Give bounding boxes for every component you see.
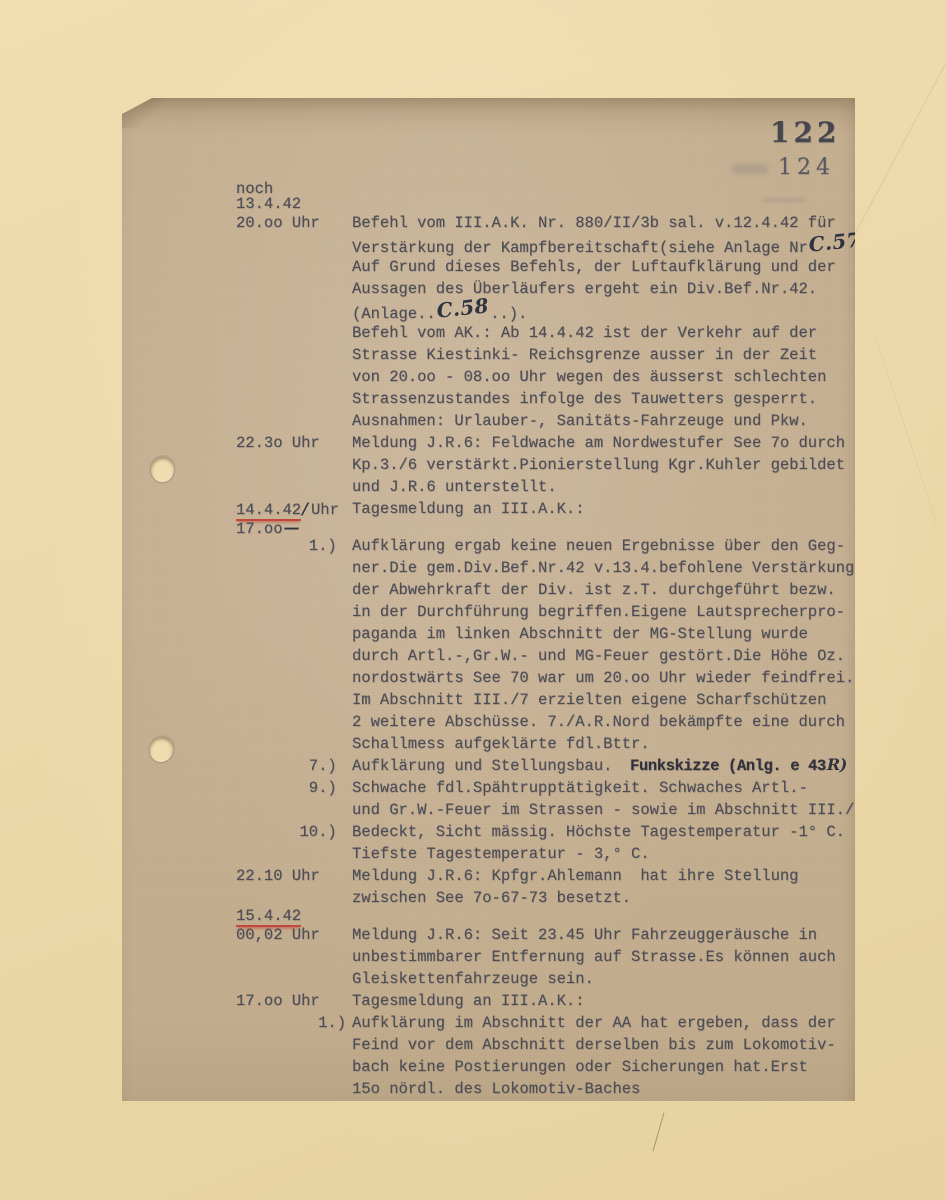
typewritten-text: unbestimmbarer Entfernung auf Strasse.Es…	[352, 946, 836, 968]
document-line: 22.3o UhrMeldung J.R.6: Feldwache am Nor…	[122, 432, 855, 454]
document-page: 122 124 noch13.4.4220.oo UhrBefehl vom I…	[122, 98, 855, 1101]
time-text: 13.4.42	[236, 195, 301, 213]
time-label: 13.4.42	[236, 197, 301, 212]
document-line: Auf Grund dieses Befehls, der Luftaufklä…	[122, 256, 855, 278]
time-text: 22.3o Uhr	[236, 434, 320, 452]
typewritten-text: zwischen See 7o-67-73 besetzt.	[352, 887, 631, 909]
typed-segment: Verstärkung der Kampfbereitschaft(siehe …	[352, 239, 808, 257]
document-line: der Abwehrkraft der Div. ist z.T. durchg…	[122, 579, 855, 601]
document-line: 15.4.42	[122, 909, 855, 924]
typed-segment: bach keine Postierungen oder Sicherungen…	[352, 1058, 808, 1076]
typed-segment: Feind vor dem Abschnitt derselben bis zu…	[352, 1036, 836, 1054]
item-number: 1.)	[284, 535, 346, 557]
typed-segment: Aussagen des Überläufers ergeht ein Div.…	[352, 280, 817, 298]
typewritten-text: Aufklärung im Abschnitt der AA hat ergeb…	[352, 1012, 836, 1034]
document-line: 1.) Aufklärung ergab keine neuen Ergebni…	[122, 535, 855, 557]
typewritten-text: Meldung J.R.6: Kpfgr.Ahlemann hat ihre S…	[352, 865, 798, 887]
document-line: Feind vor dem Abschnitt derselben bis zu…	[122, 1034, 855, 1056]
typed-segment: Bedeckt, Sicht mässig. Höchste Tagestemp…	[352, 823, 845, 841]
page-number-stamp: 122	[770, 116, 840, 149]
typewritten-text: Strassenzustandes infolge des Tauwetters…	[352, 388, 817, 410]
document-line: 1.)Aufklärung im Abschnitt der AA hat er…	[122, 1012, 855, 1034]
typed-segment: Ausnahmen: Urlauber-, Sanitäts-Fahrzeuge…	[352, 412, 808, 430]
document-line: 10.) Bedeckt, Sicht mässig. Höchste Tage…	[122, 821, 855, 843]
typewritten-text: und J.R.6 unterstellt.	[352, 476, 557, 498]
typed-segment: unbestimmbarer Entfernung auf Strasse.Es…	[352, 948, 836, 966]
typed-segment: nordostwärts See 70 war um 20.oo Uhr wie…	[352, 669, 854, 687]
time-label: 22.3o Uhr	[236, 432, 320, 454]
typed-segment: (Anlage..	[352, 305, 436, 323]
typewritten-text: Ausnahmen: Urlauber-, Sanitäts-Fahrzeuge…	[352, 410, 808, 432]
item-number: 9.)	[284, 777, 346, 799]
typewritten-text: Feind vor dem Abschnitt derselben bis zu…	[352, 1034, 836, 1056]
document-line: unbestimmbarer Entfernung auf Strasse.Es…	[122, 946, 855, 968]
paper-crease	[874, 335, 938, 526]
time-suffix: Uhr	[311, 501, 339, 519]
typed-segment: und J.R.6 unterstellt.	[352, 478, 557, 496]
item-number: 10.)	[284, 821, 346, 843]
typed-segment: Tagesmeldung an III.A.K.:	[352, 500, 585, 518]
typed-segment: und Gr.W.-Feuer im Strassen - sowie im A…	[352, 801, 864, 819]
typewritten-text: in der Durchführung begriffen.Eigene Lau…	[352, 601, 845, 623]
typewritten-text: und Gr.W.-Feuer im Strassen - sowie im A…	[352, 799, 864, 821]
typewritten-text: Kp.3./6 verstärkt.Pionierstellung Kgr.Ku…	[352, 454, 845, 476]
typewritten-text: der Abwehrkraft der Div. ist z.T. durchg…	[352, 579, 836, 601]
typewritten-text: paganda im linken Abschnitt der MG-Stell…	[352, 623, 808, 645]
typewritten-text: 15o nördl. des Lokomotiv-Baches	[352, 1078, 640, 1100]
typed-segment: Strassenzustandes infolge des Tauwetters…	[352, 390, 817, 408]
typed-segment: Meldung J.R.6: Seit 23.45 Uhr Fahrzeugge…	[352, 926, 817, 944]
typed-segment: Aufklärung im Abschnitt der AA hat ergeb…	[352, 1014, 836, 1032]
document-line: von 20.oo - 08.oo Uhr wegen des äusserst…	[122, 366, 855, 388]
typewritten-text: Tiefste Tagestemperatur - 3,° C.	[352, 843, 650, 865]
document-line: Im Abschnitt III./7 erzielten eigene Sch…	[122, 689, 855, 711]
typed-segment: 2 weitere Abschüsse. 7./A.R.Nord bekämpf…	[352, 713, 845, 731]
typed-segment: Gleiskettenfahrzeuge sein.	[352, 970, 594, 988]
document-line: Verstärkung der Kampfbereitschaft(siehe …	[122, 234, 855, 256]
document-line: 22.10 UhrMeldung J.R.6: Kpfgr.Ahlemann h…	[122, 865, 855, 887]
document-line: 00,02 UhrMeldung J.R.6: Seit 23.45 Uhr F…	[122, 924, 855, 946]
time-label: 15.4.42	[236, 909, 301, 924]
typed-segment: ner.Die gem.Div.Bef.Nr.42 v.13.4.befohle…	[352, 559, 854, 577]
typed-segment: Im Abschnitt III./7 erzielten eigene Sch…	[352, 691, 826, 709]
time-label: 20.oo Uhr	[236, 212, 320, 234]
time-label: 17.oo Uhr	[236, 990, 320, 1012]
typed-segment: Tiefste Tagestemperatur - 3,° C.	[352, 845, 650, 863]
typed-segment: Meldung J.R.6: Kpfgr.Ahlemann hat ihre S…	[352, 867, 798, 885]
document-line: in der Durchführung begriffen.Eigene Lau…	[122, 601, 855, 623]
typed-segment: durch Artl.-,Gr.W.- und MG-Feuer gestört…	[352, 647, 845, 665]
ink-smudge	[732, 164, 768, 174]
typed-segment: Auf Grund dieses Befehls, der Luftaufklä…	[352, 258, 836, 276]
typed-segment: Aufklärung ergab keine neuen Ergebnisse …	[352, 537, 845, 555]
document-line: 15o nördl. des Lokomotiv-Baches	[122, 1078, 855, 1100]
typewritten-text: bach keine Postierungen oder Sicherungen…	[352, 1056, 808, 1078]
typewritten-text: Gleiskettenfahrzeuge sein.	[352, 968, 594, 990]
typewritten-text: Aufklärung und Stellungsbau.	[352, 755, 612, 777]
document-line: zwischen See 7o-67-73 besetzt.	[122, 887, 855, 909]
document-line: Strasse Kiestinki- Reichsgrenze ausser i…	[122, 344, 855, 366]
typewritten-text: nordostwärts See 70 war um 20.oo Uhr wie…	[352, 667, 854, 689]
document-line: Schallmess aufgeklärte fdl.Bttr.	[122, 733, 855, 755]
document-line: 9.) Schwache fdl.Spähtrupptätigkeit. Sch…	[122, 777, 855, 799]
document-line: 20.oo UhrBefehl vom III.A.K. Nr. 880/II/…	[122, 212, 855, 234]
handwritten-annotation: C.58	[435, 294, 489, 321]
typed-segment: Meldung J.R.6: Feldwache am Nordwestufer…	[352, 434, 845, 452]
time-text: 00,02 Uhr	[236, 926, 320, 944]
time-label: 00,02 Uhr	[236, 924, 320, 946]
typed-segment: .)	[862, 239, 881, 257]
document-line: Tiefste Tagestemperatur - 3,° C.	[122, 843, 855, 865]
pencil-mark	[653, 1113, 665, 1152]
typed-segment: in der Durchführung begriffen.Eigene Lau…	[352, 603, 845, 621]
document-line: und Gr.W.-Feuer im Strassen - sowie im A…	[122, 799, 855, 821]
document-line: 14.4.42/UhrTagesmeldung an III.A.K.:	[122, 498, 855, 520]
typewritten-text: Schallmess aufgeklärte fdl.Bttr.	[352, 733, 650, 755]
document-line: durch Artl.-,Gr.W.- und MG-Feuer gestört…	[122, 645, 855, 667]
typewritten-text: 2 weitere Abschüsse. 7./A.R.Nord bekämpf…	[352, 711, 845, 733]
typewritten-text: Meldung J.R.6: Feldwache am Nordwestufer…	[352, 432, 845, 454]
typed-segment: Schallmess aufgeklärte fdl.Bttr.	[352, 735, 650, 753]
typewritten-text: Befehl vom III.A.K. Nr. 880/II/3b sal. v…	[352, 212, 836, 234]
document-line: ner.Die gem.Div.Bef.Nr.42 v.13.4.befohle…	[122, 557, 855, 579]
document-line: Befehl vom AK.: Ab 14.4.42 ist der Verke…	[122, 322, 855, 344]
time-text: 17.oo Uhr	[236, 992, 320, 1010]
typewritten-text: Meldung J.R.6: Seit 23.45 Uhr Fahrzeugge…	[352, 924, 817, 946]
handwritten-annotation: C.57	[807, 228, 861, 255]
typed-segment: Tagesmeldung an III.A.K.:	[352, 992, 585, 1010]
typewritten-text: Tagesmeldung an III.A.K.:	[352, 990, 585, 1012]
typed-segment-bold: Funkskizze (Anlg. e 43	[630, 757, 826, 775]
typewritten-text: Im Abschnitt III./7 erzielten eigene Sch…	[352, 689, 826, 711]
typed-segment: Befehl vom III.A.K. Nr. 880/II/3b sal. v…	[352, 214, 836, 232]
document-line: Kp.3./6 verstärkt.Pionierstellung Kgr.Ku…	[122, 454, 855, 476]
handwritten-annotation: R)	[827, 755, 847, 774]
document-line: und J.R.6 unterstellt.	[122, 476, 855, 498]
typed-segment: Strasse Kiestinki- Reichsgrenze ausser i…	[352, 346, 817, 364]
document-line: nordostwärts See 70 war um 20.oo Uhr wie…	[122, 667, 855, 689]
typewritten-text: Strasse Kiestinki- Reichsgrenze ausser i…	[352, 344, 817, 366]
item-number: 7.)	[284, 755, 346, 777]
typed-segment: Befehl vom AK.: Ab 14.4.42 ist der Verke…	[352, 324, 817, 342]
typewritten-text: Schwache fdl.Spähtrupptätigkeit. Schwach…	[352, 777, 808, 799]
funkskizze-annotation: Funkskizze (Anlg. e 43R)	[630, 754, 847, 777]
typewritten-text: von 20.oo - 08.oo Uhr wegen des äusserst…	[352, 366, 826, 388]
typewritten-text: Auf Grund dieses Befehls, der Luftaufklä…	[352, 256, 836, 278]
document-line: Ausnahmen: Urlauber-, Sanitäts-Fahrzeuge…	[122, 410, 855, 432]
time-text: 20.oo Uhr	[236, 214, 320, 232]
typed-segment: Schwache fdl.Spähtrupptätigkeit. Schwach…	[352, 779, 808, 797]
typed-segment: Kp.3./6 verstärkt.Pionierstellung Kgr.Ku…	[352, 456, 845, 474]
typed-segment: 15o nördl. des Lokomotiv-Baches	[352, 1080, 640, 1098]
typed-segment: Aufklärung und Stellungsbau.	[352, 757, 612, 775]
document-line: paganda im linken Abschnitt der MG-Stell…	[122, 623, 855, 645]
handwritten-mark: /	[302, 499, 308, 518]
document-line: Aussagen des Überläufers ergeht ein Div.…	[122, 278, 855, 300]
time-label: 22.10 Uhr	[236, 865, 320, 887]
typewritten-text: ner.Die gem.Div.Bef.Nr.42 v.13.4.befohle…	[352, 557, 854, 579]
item-number: 1.)	[284, 1012, 346, 1034]
document-line: 17.oo—	[122, 520, 855, 535]
document-line: 7.) Aufklärung und Stellungsbau.Funkskiz…	[122, 755, 855, 777]
scan-background: 122 124 noch13.4.4220.oo UhrBefehl vom I…	[0, 0, 946, 1200]
typewritten-text: Tagesmeldung an III.A.K.:	[352, 498, 585, 520]
document-line: 13.4.42	[122, 197, 855, 212]
document-line: (Anlage..C.58..).	[122, 300, 855, 322]
typewritten-text: durch Artl.-,Gr.W.- und MG-Feuer gestört…	[352, 645, 845, 667]
typed-segment: von 20.oo - 08.oo Uhr wegen des äusserst…	[352, 368, 826, 386]
typed-segment: paganda im linken Abschnitt der MG-Stell…	[352, 625, 808, 643]
typed-segment: zwischen See 7o-67-73 besetzt.	[352, 889, 631, 907]
document-line: Strassenzustandes infolge des Tauwetters…	[122, 388, 855, 410]
typewritten-text: Aussagen des Überläufers ergeht ein Div.…	[352, 278, 817, 300]
document-line: 17.oo UhrTagesmeldung an III.A.K.:	[122, 990, 855, 1012]
typewritten-text: Aufklärung ergab keine neuen Ergebnisse …	[352, 535, 845, 557]
typewritten-text: Befehl vom AK.: Ab 14.4.42 ist der Verke…	[352, 322, 817, 344]
typewritten-text: Bedeckt, Sicht mässig. Höchste Tagestemp…	[352, 821, 845, 843]
document-line: 2 weitere Abschüsse. 7./A.R.Nord bekämpf…	[122, 711, 855, 733]
time-text: 22.10 Uhr	[236, 867, 320, 885]
typed-segment: ..).	[490, 305, 527, 323]
typewritten-body: noch13.4.4220.oo UhrBefehl vom III.A.K. …	[122, 182, 855, 1100]
document-line: Gleiskettenfahrzeuge sein.	[122, 968, 855, 990]
page-number-stamp-secondary: 124	[778, 155, 835, 180]
typed-segment: der Abwehrkraft der Div. ist z.T. durchg…	[352, 581, 836, 599]
document-line: noch	[122, 182, 855, 197]
document-line: bach keine Postierungen oder Sicherungen…	[122, 1056, 855, 1078]
corner-fold	[122, 98, 168, 128]
